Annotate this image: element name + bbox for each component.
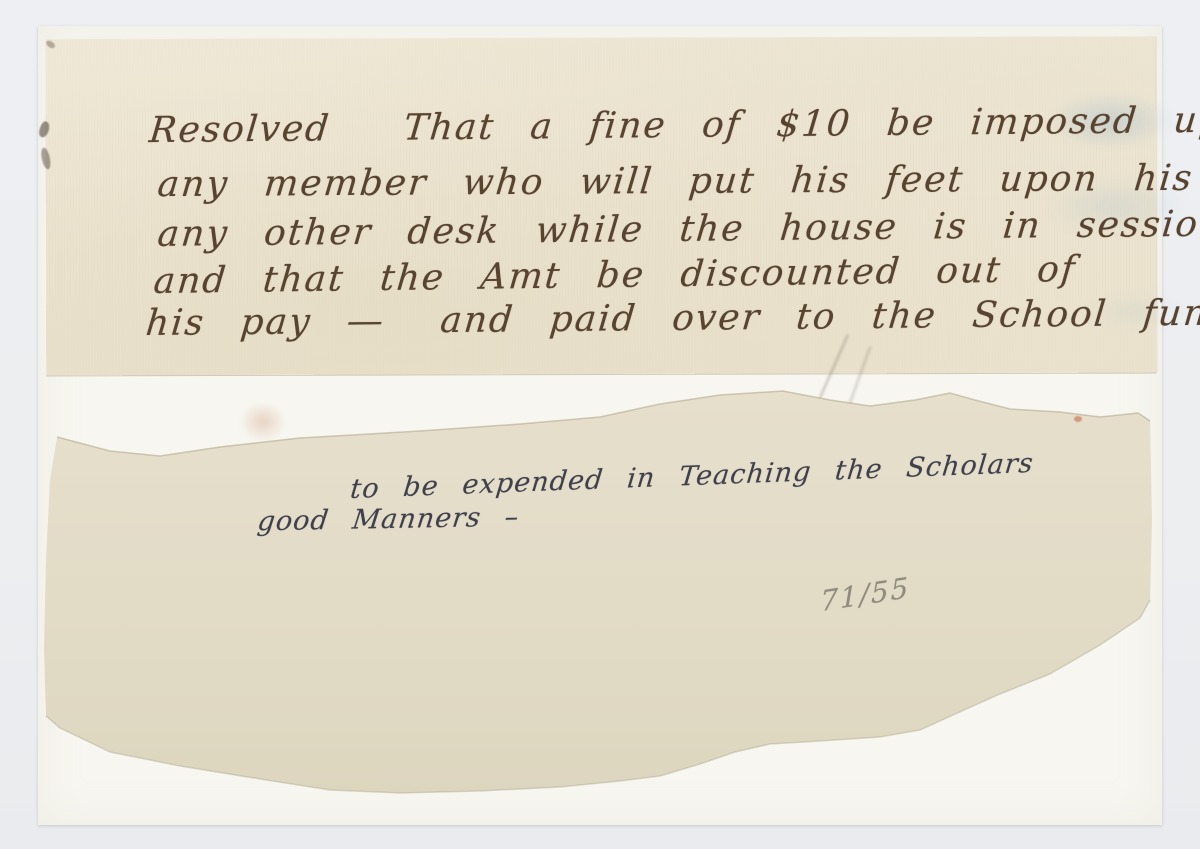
corner-ink-speck (45, 39, 57, 50)
main-note-paper: Resolved That a fine of $10 be imposed u… (46, 37, 1157, 376)
handwritten-line: and that the Amt be discounted out of (152, 252, 1078, 300)
handwritten-line: his pay — and paid over to the School fu… (144, 296, 1200, 342)
scanned-document: Resolved That a fine of $10 be imposed u… (0, 0, 1200, 849)
handwritten-line: Resolved That a fine of $10 be imposed u… (148, 102, 1200, 149)
handwritten-line: any other desk while the house is in ses… (156, 207, 1200, 253)
handwritten-line: any member who will put his feet upon hi… (156, 160, 1200, 203)
